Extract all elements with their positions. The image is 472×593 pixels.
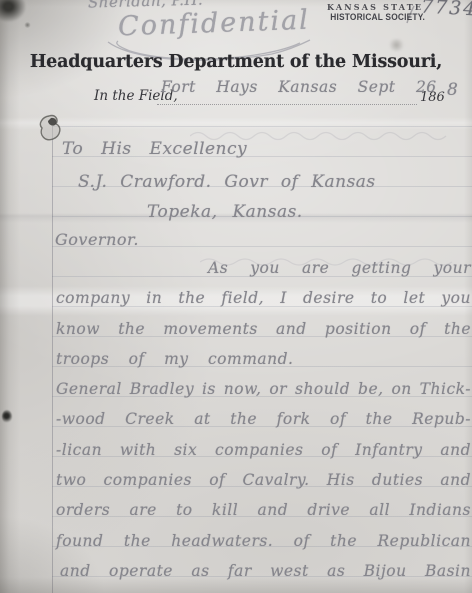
stamp-line-1: KANSAS STATE xyxy=(327,2,419,12)
address-line-2: S.J. Crawford. Govr of Kansas xyxy=(78,172,376,192)
stamp-line-2: HISTORICAL SOCIETY. xyxy=(330,12,416,22)
body-line: General Bradley is now, or should be, on… xyxy=(56,380,471,410)
corner-dot-stain xyxy=(24,22,31,28)
body-line: know the movements and position of the xyxy=(56,320,471,350)
edge-hole xyxy=(2,410,12,423)
body-line: two companies of Cavalry. His duties and xyxy=(56,471,471,501)
address-line-1: To His Excellency xyxy=(62,139,247,159)
document-page: Sheridan, P.H. Confidential KANSAS STATE… xyxy=(0,0,472,593)
ink-blot xyxy=(35,113,65,145)
body-line: and operate as far west as Bijou Basin xyxy=(56,562,471,592)
letterhead-title: Headquarters Department of the Missouri, xyxy=(0,52,472,72)
body-line: company in the field, I desire to let yo… xyxy=(56,289,471,319)
archive-number: 7734 xyxy=(420,0,472,20)
dateline-handwritten: Fort Hays Kansas Sept 26 xyxy=(161,78,437,96)
body-text: As you are getting your company in the f… xyxy=(56,259,471,592)
address-line-3: Topeka, Kansas. xyxy=(147,202,303,222)
year-printed: 186 xyxy=(420,90,445,105)
body-line: orders are to kill and drive all Indians xyxy=(56,501,471,531)
archive-stamp: KANSAS STATE HISTORICAL SOCIETY. xyxy=(327,2,419,22)
body-line: -lican with six companies of Infantry an… xyxy=(56,441,471,471)
body-line: As you are getting your xyxy=(56,259,471,289)
body-line: troops of my command. xyxy=(56,350,471,380)
body-line: -wood Creek at the fork of the Repub- xyxy=(56,410,471,440)
smudge-stain xyxy=(388,39,405,51)
salutation: Governor. xyxy=(55,230,139,249)
year-digit-handwritten: 8 xyxy=(447,80,458,100)
body-line: found the headwaters. of the Republican xyxy=(56,532,471,562)
corner-stain xyxy=(0,0,26,22)
